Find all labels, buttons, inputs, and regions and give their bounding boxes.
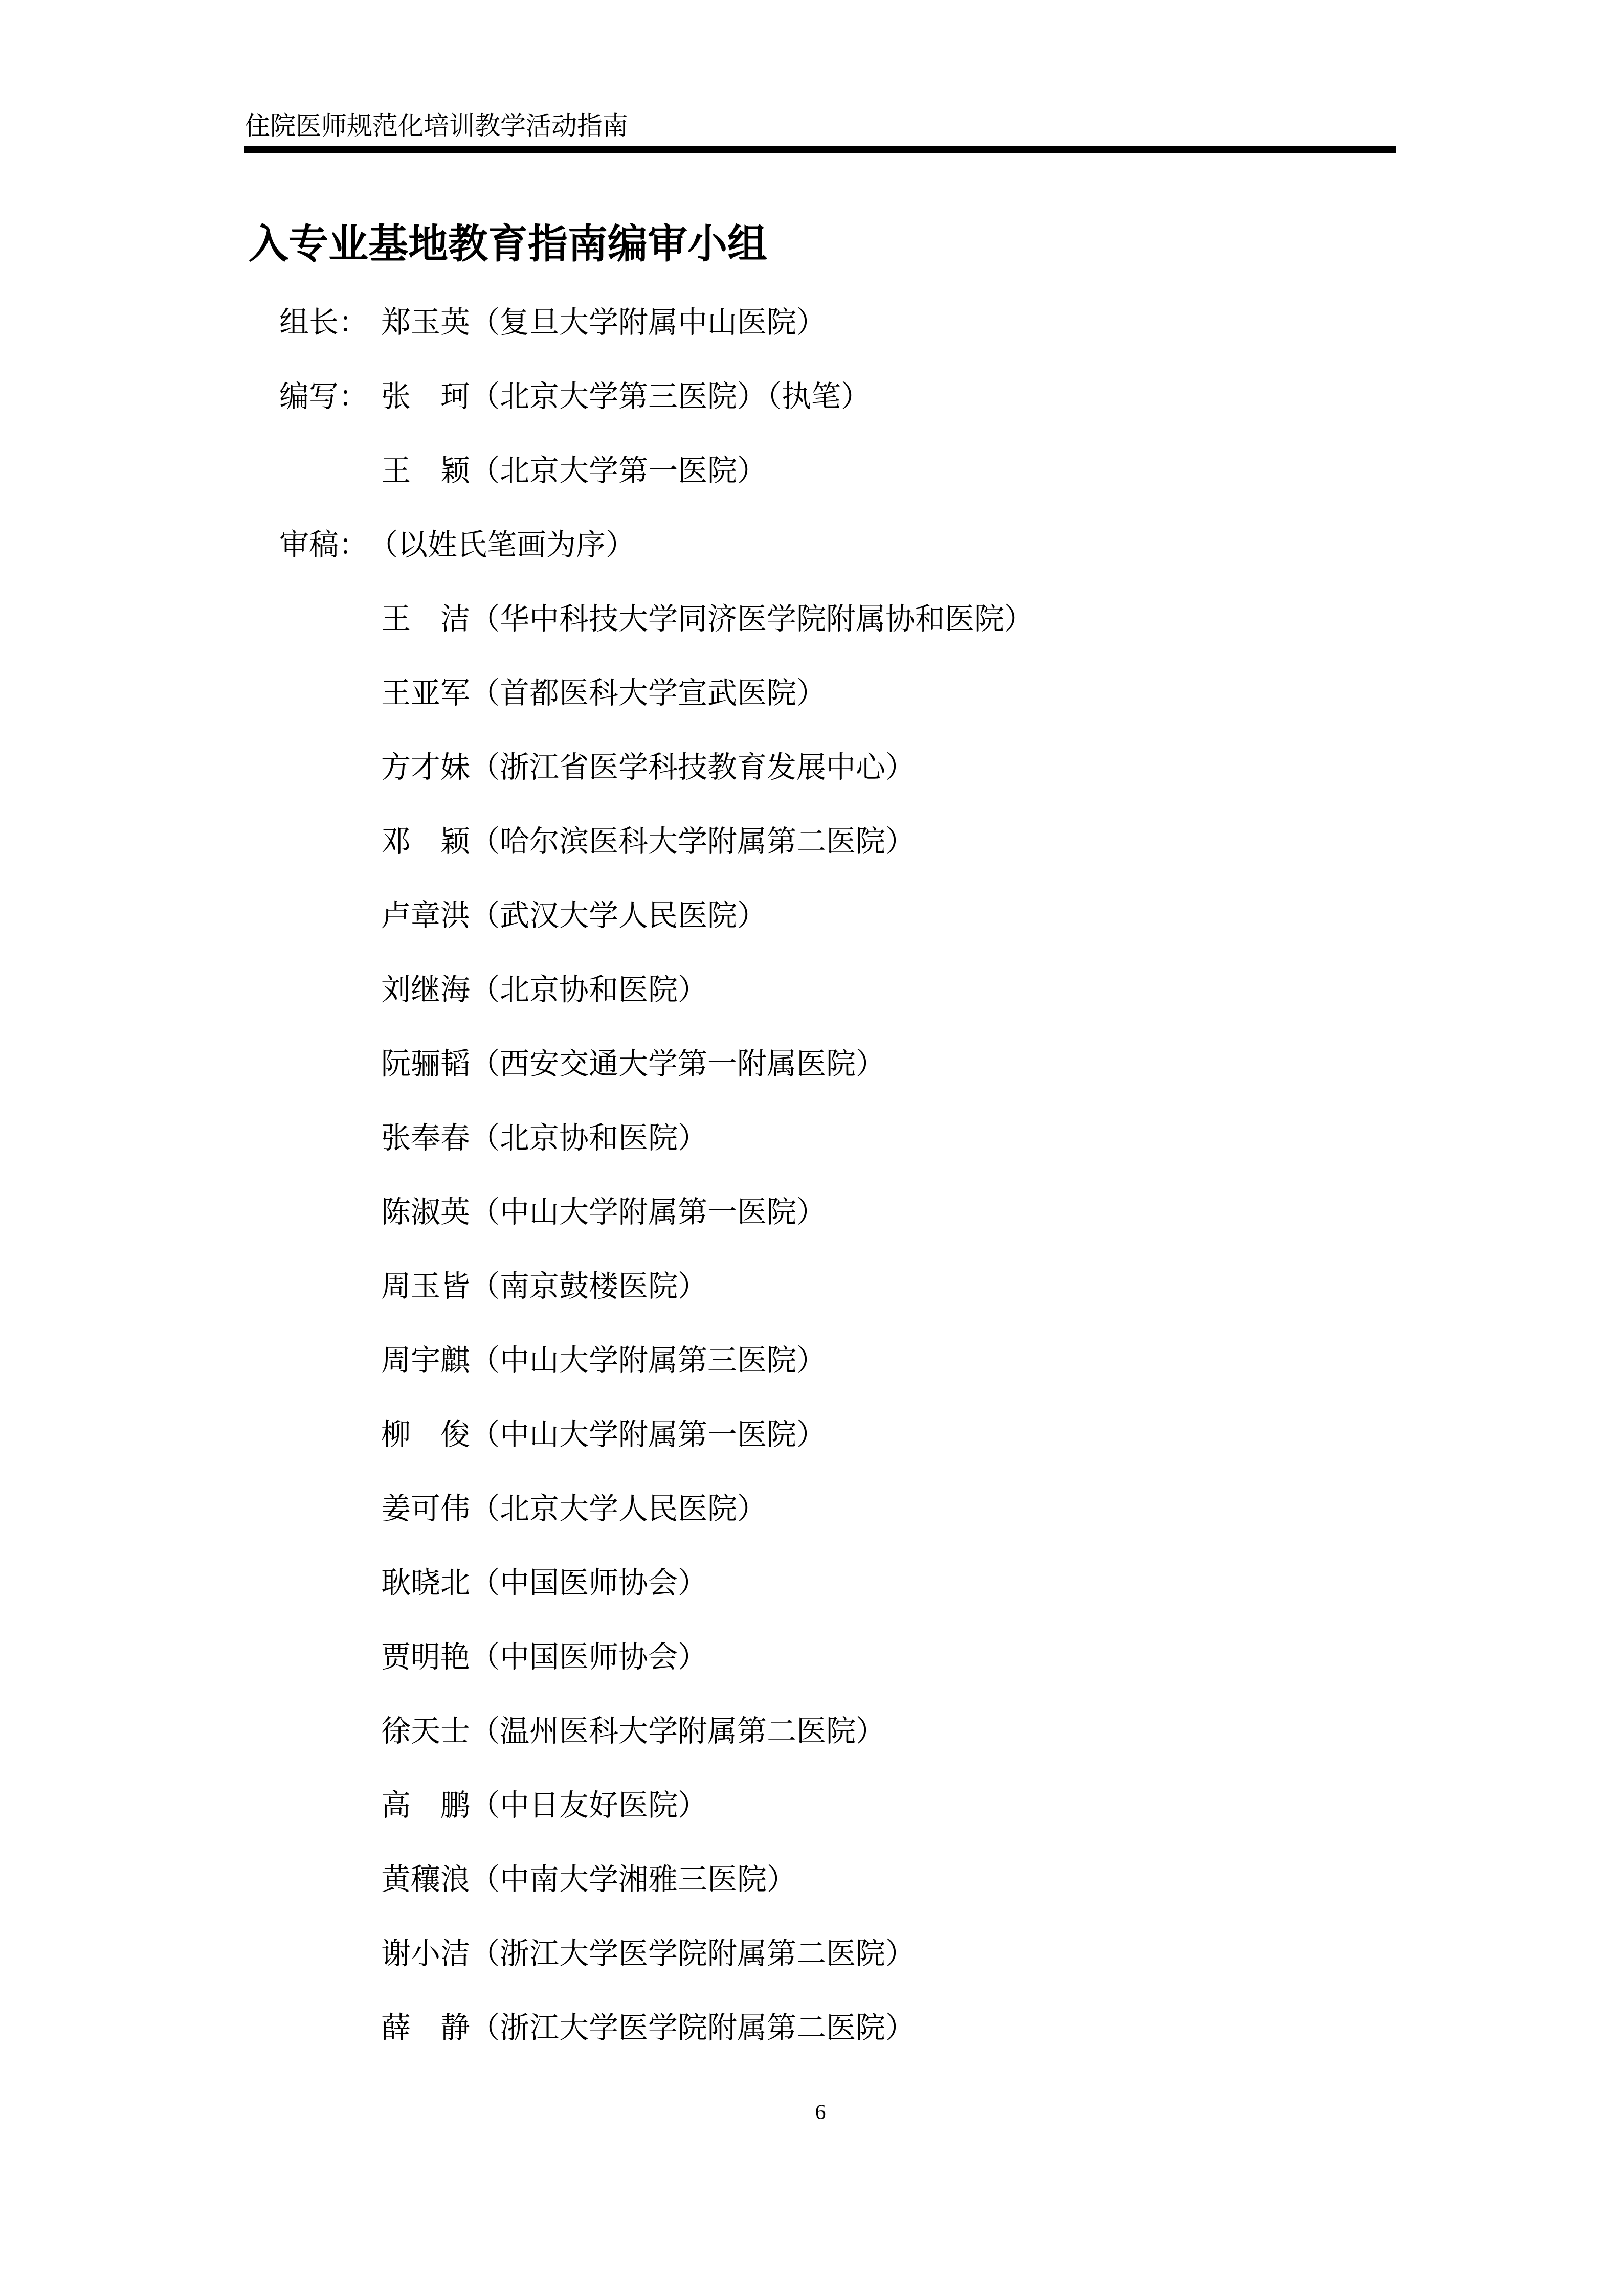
leader-label: 组长：: [279, 305, 381, 341]
reviewers-note: （以姓氏笔画为序）: [368, 527, 635, 563]
committee-list: 组长： 郑玉英（复旦大学附属中山医院） 编写： 张 珂（北京大学第三医院）（执笔…: [279, 286, 1396, 2065]
reviewer-entry: 黄穰浪（中南大学湘雅三医院）: [381, 1862, 796, 1898]
page-title: 入专业基地教育指南编审小组: [249, 224, 1396, 264]
reviewer-entry: 周宇麒（中山大学附属第三医院）: [381, 1343, 826, 1379]
reviewer-row: 耿晓北（中国医师协会）: [279, 1546, 1396, 1620]
reviewer-entry: 卢章洪（武汉大学人民医院）: [381, 898, 767, 934]
reviewer-row: 高 鹏（中日友好医院）: [279, 1769, 1396, 1843]
reviewer-entry: 阮骊韬（西安交通大学第一附属医院）: [381, 1046, 885, 1082]
reviewer-entry: 柳 俊（中山大学附属第一医院）: [381, 1417, 826, 1453]
editors-label: 编写：: [279, 379, 381, 415]
reviewer-row: 周玉皆（南京鼓楼医院）: [279, 1250, 1396, 1324]
editor-row: 编写： 张 珂（北京大学第三医院）（执笔）: [279, 360, 1396, 434]
header-rule: [244, 146, 1396, 153]
reviewer-entry: 陈淑英（中山大学附属第一医院）: [381, 1195, 826, 1230]
editor-entry: 张 珂（北京大学第三医院）（执笔）: [381, 379, 871, 415]
reviewer-entry: 谢小洁（浙江大学医学院附属第二医院）: [381, 1936, 915, 1972]
reviewer-entry: 方才妹（浙江省医学科技教育发展中心）: [381, 750, 915, 785]
running-head: 住院医师规范化培训教学活动指南: [244, 0, 1396, 142]
reviewer-entry: 邓 颖（哈尔滨医科大学附属第二医院）: [381, 824, 915, 860]
page-footer: 6: [244, 2102, 1396, 2123]
reviewer-entry: 王亚军（首都医科大学宣武医院）: [381, 676, 826, 711]
reviewer-row: 姜可伟（北京大学人民医院）: [279, 1472, 1396, 1546]
reviewer-row: 陈淑英（中山大学附属第一医院）: [279, 1176, 1396, 1250]
reviewer-row: 方才妹（浙江省医学科技教育发展中心）: [279, 731, 1396, 805]
page-number: 6: [815, 2101, 826, 2124]
reviewer-entry: 薛 静（浙江大学医学院附属第二医院）: [381, 2010, 915, 2046]
reviewer-row: 谢小洁（浙江大学医学院附属第二医院）: [279, 1917, 1396, 1991]
reviewer-row: 黄穰浪（中南大学湘雅三医院）: [279, 1843, 1396, 1917]
reviewer-entry: 刘继海（北京协和医院）: [381, 972, 707, 1008]
reviewer-row: 邓 颖（哈尔滨医科大学附属第二医院）: [279, 805, 1396, 879]
reviewer-row: 周宇麒（中山大学附属第三医院）: [279, 1324, 1396, 1398]
reviewer-entry: 姜可伟（北京大学人民医院）: [381, 1491, 767, 1527]
reviewer-row: 徐天士（温州医科大学附属第二医院）: [279, 1695, 1396, 1769]
document-page: 住院医师规范化培训教学活动指南 入专业基地教育指南编审小组 组长： 郑玉英（复旦…: [0, 0, 1624, 2296]
reviewer-entry: 高 鹏（中日友好医院）: [381, 1788, 707, 1824]
reviewer-entry: 徐天士（温州医科大学附属第二医院）: [381, 1714, 885, 1749]
leader-entry: 郑玉英（复旦大学附属中山医院）: [381, 305, 826, 341]
leader-row: 组长： 郑玉英（复旦大学附属中山医院）: [279, 286, 1396, 360]
reviewer-entry: 王 洁（华中科技大学同济医学院附属协和医院）: [381, 601, 1034, 637]
editor-entry: 王 颖（北京大学第一医院）: [381, 453, 767, 489]
reviewer-entry: 耿晓北（中国医师协会）: [381, 1565, 707, 1601]
reviewer-row: 柳 俊（中山大学附属第一医院）: [279, 1398, 1396, 1472]
reviewer-row: 薛 静（浙江大学医学院附属第二医院）: [279, 1991, 1396, 2065]
reviewers-header-row: 审稿： （以姓氏笔画为序）: [279, 508, 1396, 582]
reviewer-row: 王亚军（首都医科大学宣武医院）: [279, 657, 1396, 731]
reviewer-row: 贾明艳（中国医师协会）: [279, 1620, 1396, 1695]
reviewer-entry: 周玉皆（南京鼓楼医院）: [381, 1269, 707, 1304]
reviewers-label: 审稿：: [279, 527, 368, 563]
reviewer-row: 卢章洪（武汉大学人民医院）: [279, 879, 1396, 953]
editor-row: 王 颖（北京大学第一医院）: [279, 434, 1396, 508]
page-content: 住院医师规范化培训教学活动指南 入专业基地教育指南编审小组 组长： 郑玉英（复旦…: [244, 0, 1396, 2065]
reviewer-row: 张奉春（北京协和医院）: [279, 1101, 1396, 1176]
reviewer-row: 刘继海（北京协和医院）: [279, 953, 1396, 1027]
reviewer-entry: 贾明艳（中国医师协会）: [381, 1639, 707, 1675]
reviewer-row: 阮骊韬（西安交通大学第一附属医院）: [279, 1027, 1396, 1101]
reviewer-entry: 张奉春（北京协和医院）: [381, 1120, 707, 1156]
reviewer-row: 王 洁（华中科技大学同济医学院附属协和医院）: [279, 582, 1396, 657]
